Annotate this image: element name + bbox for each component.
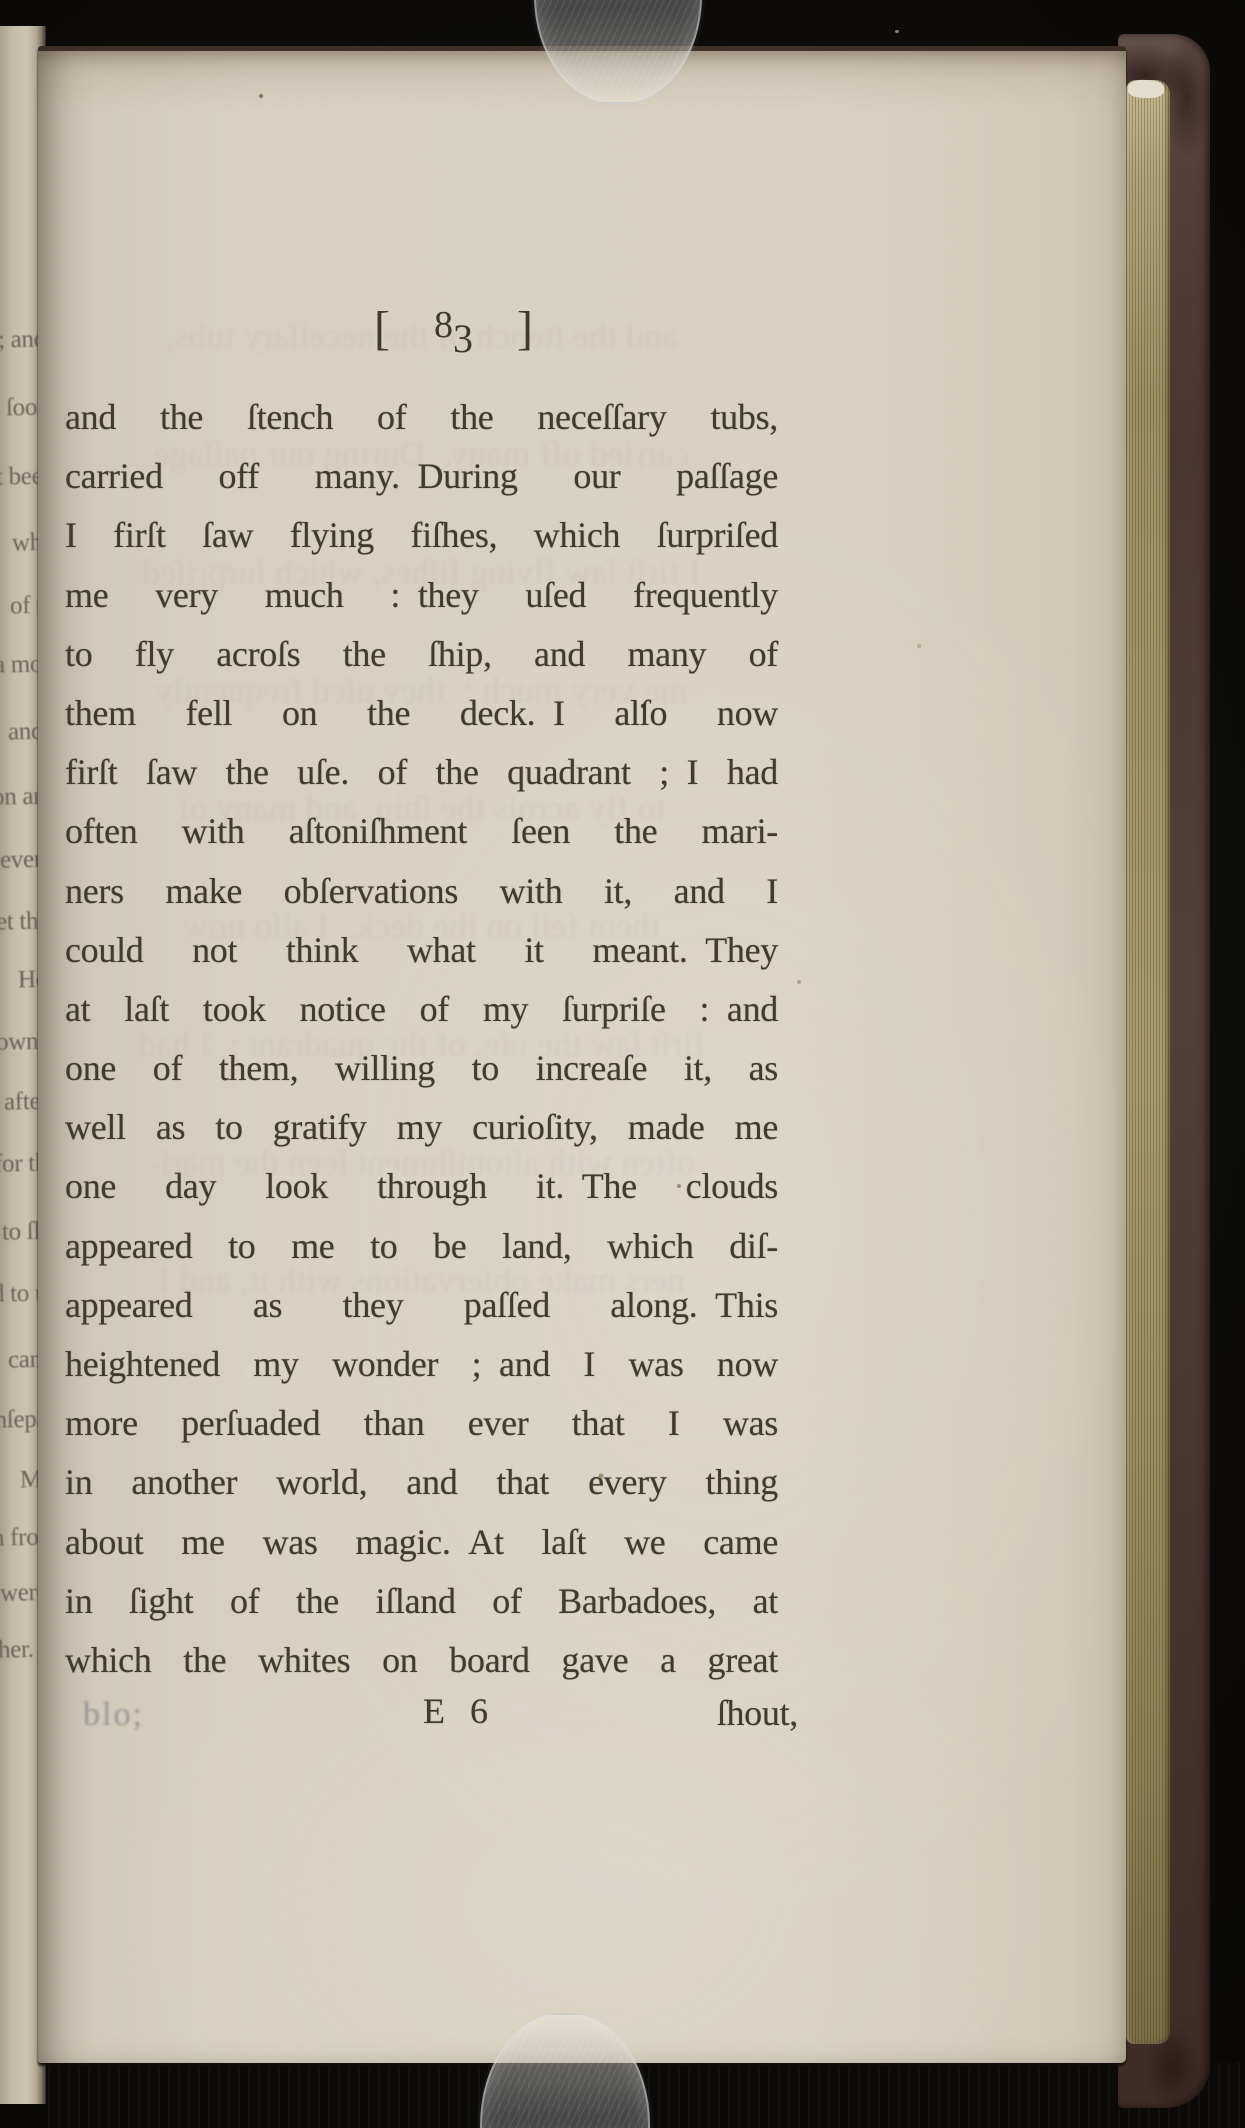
text-line: appeared as they paſſed along. This bbox=[65, 1276, 778, 1335]
text-line: appeared to me to be land, which diſ- bbox=[65, 1217, 778, 1276]
text-line: I firſt ſaw flying fiſhes, which ſurpriſ… bbox=[65, 506, 778, 565]
text-line: one day look through it. The clouds bbox=[65, 1157, 778, 1216]
show-through-text: blo; bbox=[83, 1696, 144, 1734]
text-line: firſt ſaw the uſe. of the quadrant ; I h… bbox=[65, 743, 778, 802]
text-line: which the whites on board gave a great bbox=[65, 1631, 778, 1690]
text-line: more perſuaded than ever that I was bbox=[65, 1394, 778, 1453]
text-line: heightened my wonder ; and I was now bbox=[65, 1335, 778, 1394]
book-page: and the ſtench of the neceſſary tubs, ca… bbox=[38, 46, 1126, 2063]
text-line: ners make obſervations with it, and I bbox=[65, 862, 778, 921]
page-number-bracket-right: ] bbox=[517, 302, 533, 355]
dust-speck bbox=[895, 30, 899, 33]
catchword: ſhout, bbox=[717, 1692, 798, 1734]
page-number-bracket-left: [ bbox=[374, 302, 390, 355]
text-line: in another world, and that every thing bbox=[65, 1453, 778, 1512]
page-number-digit: 8 bbox=[434, 304, 453, 346]
page-number: [83] bbox=[97, 301, 810, 357]
text-line: often with aſtoniſhment ſeen the mari- bbox=[65, 802, 778, 861]
text-line: me very much : they uſed frequently bbox=[65, 566, 778, 625]
paper-specks bbox=[38, 51, 40, 53]
body-text: and the ſtench of the neceſſary tubs, ca… bbox=[65, 388, 778, 1690]
text-line: in ſight of the iſland of Barbadoes, at bbox=[65, 1572, 778, 1631]
page-block-fore-edge bbox=[1126, 80, 1170, 2044]
text-line: could not think what it meant. They bbox=[65, 921, 778, 980]
text-line: at laſt took notice of my ſurpriſe : and bbox=[65, 980, 778, 1039]
text-line: one of them, willing to increaſe it, as bbox=[65, 1039, 778, 1098]
signature-mark: E 6 bbox=[423, 1690, 488, 1732]
text-line: carried off many. During our paſſage bbox=[65, 447, 778, 506]
text-line: them fell on the deck. I alſo now bbox=[65, 684, 778, 743]
page-number-digit: 3 bbox=[453, 316, 473, 361]
signature-line: blo; E 6 ſhout, bbox=[65, 1690, 778, 1750]
text-line: and the ſtench of the neceſſary tubs, bbox=[65, 388, 778, 447]
text-line: to fly acroſs the ſhip, and many of bbox=[65, 625, 778, 684]
fore-edge-top-leaf bbox=[1128, 80, 1164, 99]
book-scan: ; and ſoon t been who of us a mor and t … bbox=[0, 0, 1245, 2128]
text-line: well as to gratify my curioſity, made me bbox=[65, 1098, 778, 1157]
text-line: about me was magic. At laſt we came bbox=[65, 1513, 778, 1572]
